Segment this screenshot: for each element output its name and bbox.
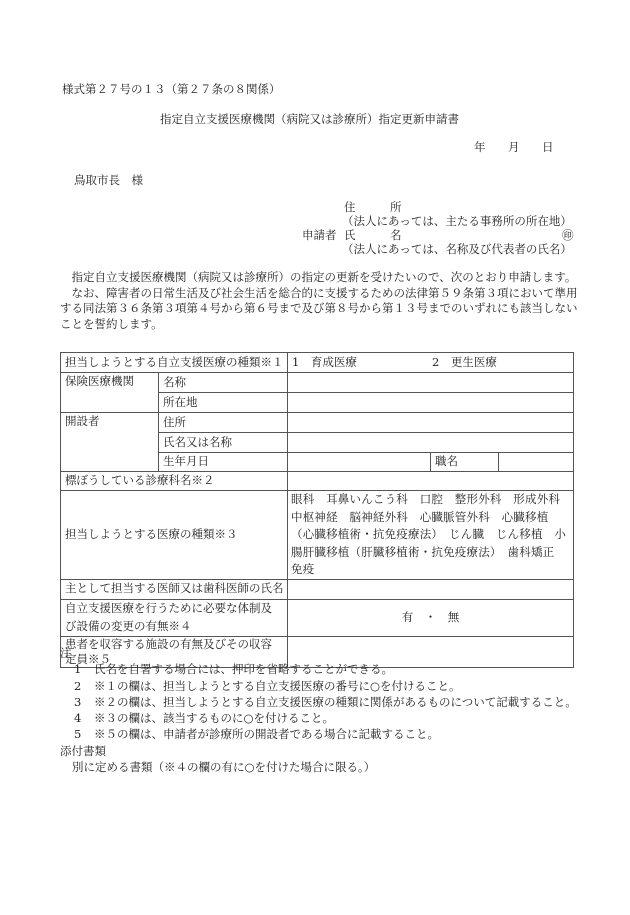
applicant-address-label: 住 所 (344, 200, 402, 214)
insurance-location-field[interactable] (288, 393, 574, 413)
table-row: 自立支援医療を行うために必要な体制及び設備の変更の有無※４ 有 ・ 無 (61, 599, 574, 636)
declaration-paragraph-2: なお、障害者の日常生活及び社会生活を総合的に支援するための法律第５９条第３項にお… (60, 286, 580, 333)
attachments-heading: 添付書類 (60, 743, 590, 759)
date-day: 日 (542, 140, 554, 154)
note-item: 5※５の欄は、申請者が診療所の開設者である場合に記載すること。 (60, 726, 590, 742)
applicant-name-note: （法人にあっては、名称及び代表者の氏名） (342, 242, 572, 256)
founder-birthdate-field[interactable] (288, 453, 431, 472)
form-number: 様式第２７号の１３（第２７条の８関係） (62, 82, 281, 96)
table-row: 保険医療機関 名称 (61, 373, 574, 393)
declaration-text: 指定自立支援医療機関（病院又は診療所）の指定の更新を受けたいので、次のとおり申請… (60, 270, 580, 333)
table-row: 担当しようとする自立支援医療の種類※１ 1 育成医療2 更生医療 (61, 353, 574, 373)
note-item: 2※１の欄は、担当しようとする自立支援医療の番号に○を付けること。 (60, 678, 590, 694)
medical-kinds-label: 担当しようとする医療の種類※３ (61, 491, 288, 580)
founder-name-label: 氏名又は名称 (159, 433, 288, 453)
applicant-label: 申請者 (302, 228, 337, 242)
notes-section: 注 1氏名を自署する場合には、押印を省略することができる。 2※１の欄は、担当し… (60, 645, 590, 775)
declaration-paragraph-1: 指定自立支援医療機関（病院又は診療所）の指定の更新を受けたいので、次のとおり申請… (60, 270, 580, 286)
date-line: 年月日 (474, 140, 554, 154)
option-ikusei[interactable]: 1 育成医療 (292, 354, 432, 372)
applicant-address-note: （法人にあっては、主たる事務所の所在地） (342, 214, 572, 228)
date-year: 年 (474, 140, 508, 154)
medical-kinds-options[interactable]: 眼科 耳鼻いんこう科 口腔 整形外科 形成外科 中枢神経 脳神経外科 心臓脈管外… (288, 491, 574, 580)
medical-type-label: 担当しようとする自立支援医療の種類※１ (61, 353, 288, 373)
table-row: 担当しようとする医療の種類※３ 眼科 耳鼻いんこう科 口腔 整形外科 形成外科 … (61, 491, 574, 580)
founder-address-field[interactable] (288, 413, 574, 433)
insurance-name-field[interactable] (288, 373, 574, 393)
departments-label: 標ぼうしている診療科名※２ (61, 472, 288, 491)
table-row: 標ぼうしている診療科名※２ (61, 472, 574, 491)
insurance-name-label: 名称 (159, 373, 288, 393)
medical-type-options[interactable]: 1 育成医療2 更生医療 (288, 353, 574, 373)
founder-position-field[interactable] (499, 453, 574, 472)
notes-heading: 注 (60, 645, 590, 661)
doctor-name-label: 主として担当する医師又は歯科医師の氏名 (61, 579, 288, 599)
note-item: 4※３の欄は、該当するものに○を付けること。 (60, 710, 590, 726)
founder-address-label: 住所 (159, 413, 288, 433)
doctor-name-field[interactable] (288, 579, 574, 599)
founder-birthdate-label: 生年月日 (159, 453, 288, 472)
founder-position-label: 職名 (431, 453, 499, 472)
insurance-location-label: 所在地 (159, 393, 288, 413)
founder-name-field[interactable] (288, 433, 574, 453)
table-row: 開設者 住所 (61, 413, 574, 433)
table-row: 主として担当する医師又は歯科医師の氏名 (61, 579, 574, 599)
option-kousei[interactable]: 2 更生医療 (432, 355, 497, 369)
attachments-text: 別に定める書類（※４の欄の有に○を付けた場合に限る。） (60, 759, 590, 775)
application-form-table: 担当しようとする自立支援医療の種類※１ 1 育成医療2 更生医療 保険医療機関 … (60, 352, 574, 668)
system-change-options[interactable]: 有 ・ 無 (288, 599, 574, 636)
document-title: 指定自立支援医療機関（病院又は診療所）指定更新申請書 (160, 112, 459, 126)
note-item: 3※２の欄は、担当しようとする自立支援医療の種類に関係があるものについて記載する… (60, 694, 590, 710)
departments-field[interactable] (288, 472, 574, 491)
addressee: 鳥取市長 様 (74, 173, 143, 187)
insurance-institution-label: 保険医療機関 (61, 373, 159, 413)
date-month: 月 (508, 140, 542, 154)
applicant-name-label: 氏 名 (344, 228, 402, 242)
system-change-label: 自立支援医療を行うために必要な体制及び設備の変更の有無※４ (61, 599, 288, 636)
founder-label: 開設者 (61, 413, 159, 472)
note-item: 1氏名を自署する場合には、押印を省略することができる。 (60, 661, 590, 677)
seal-mark: ㊞ (562, 228, 574, 242)
